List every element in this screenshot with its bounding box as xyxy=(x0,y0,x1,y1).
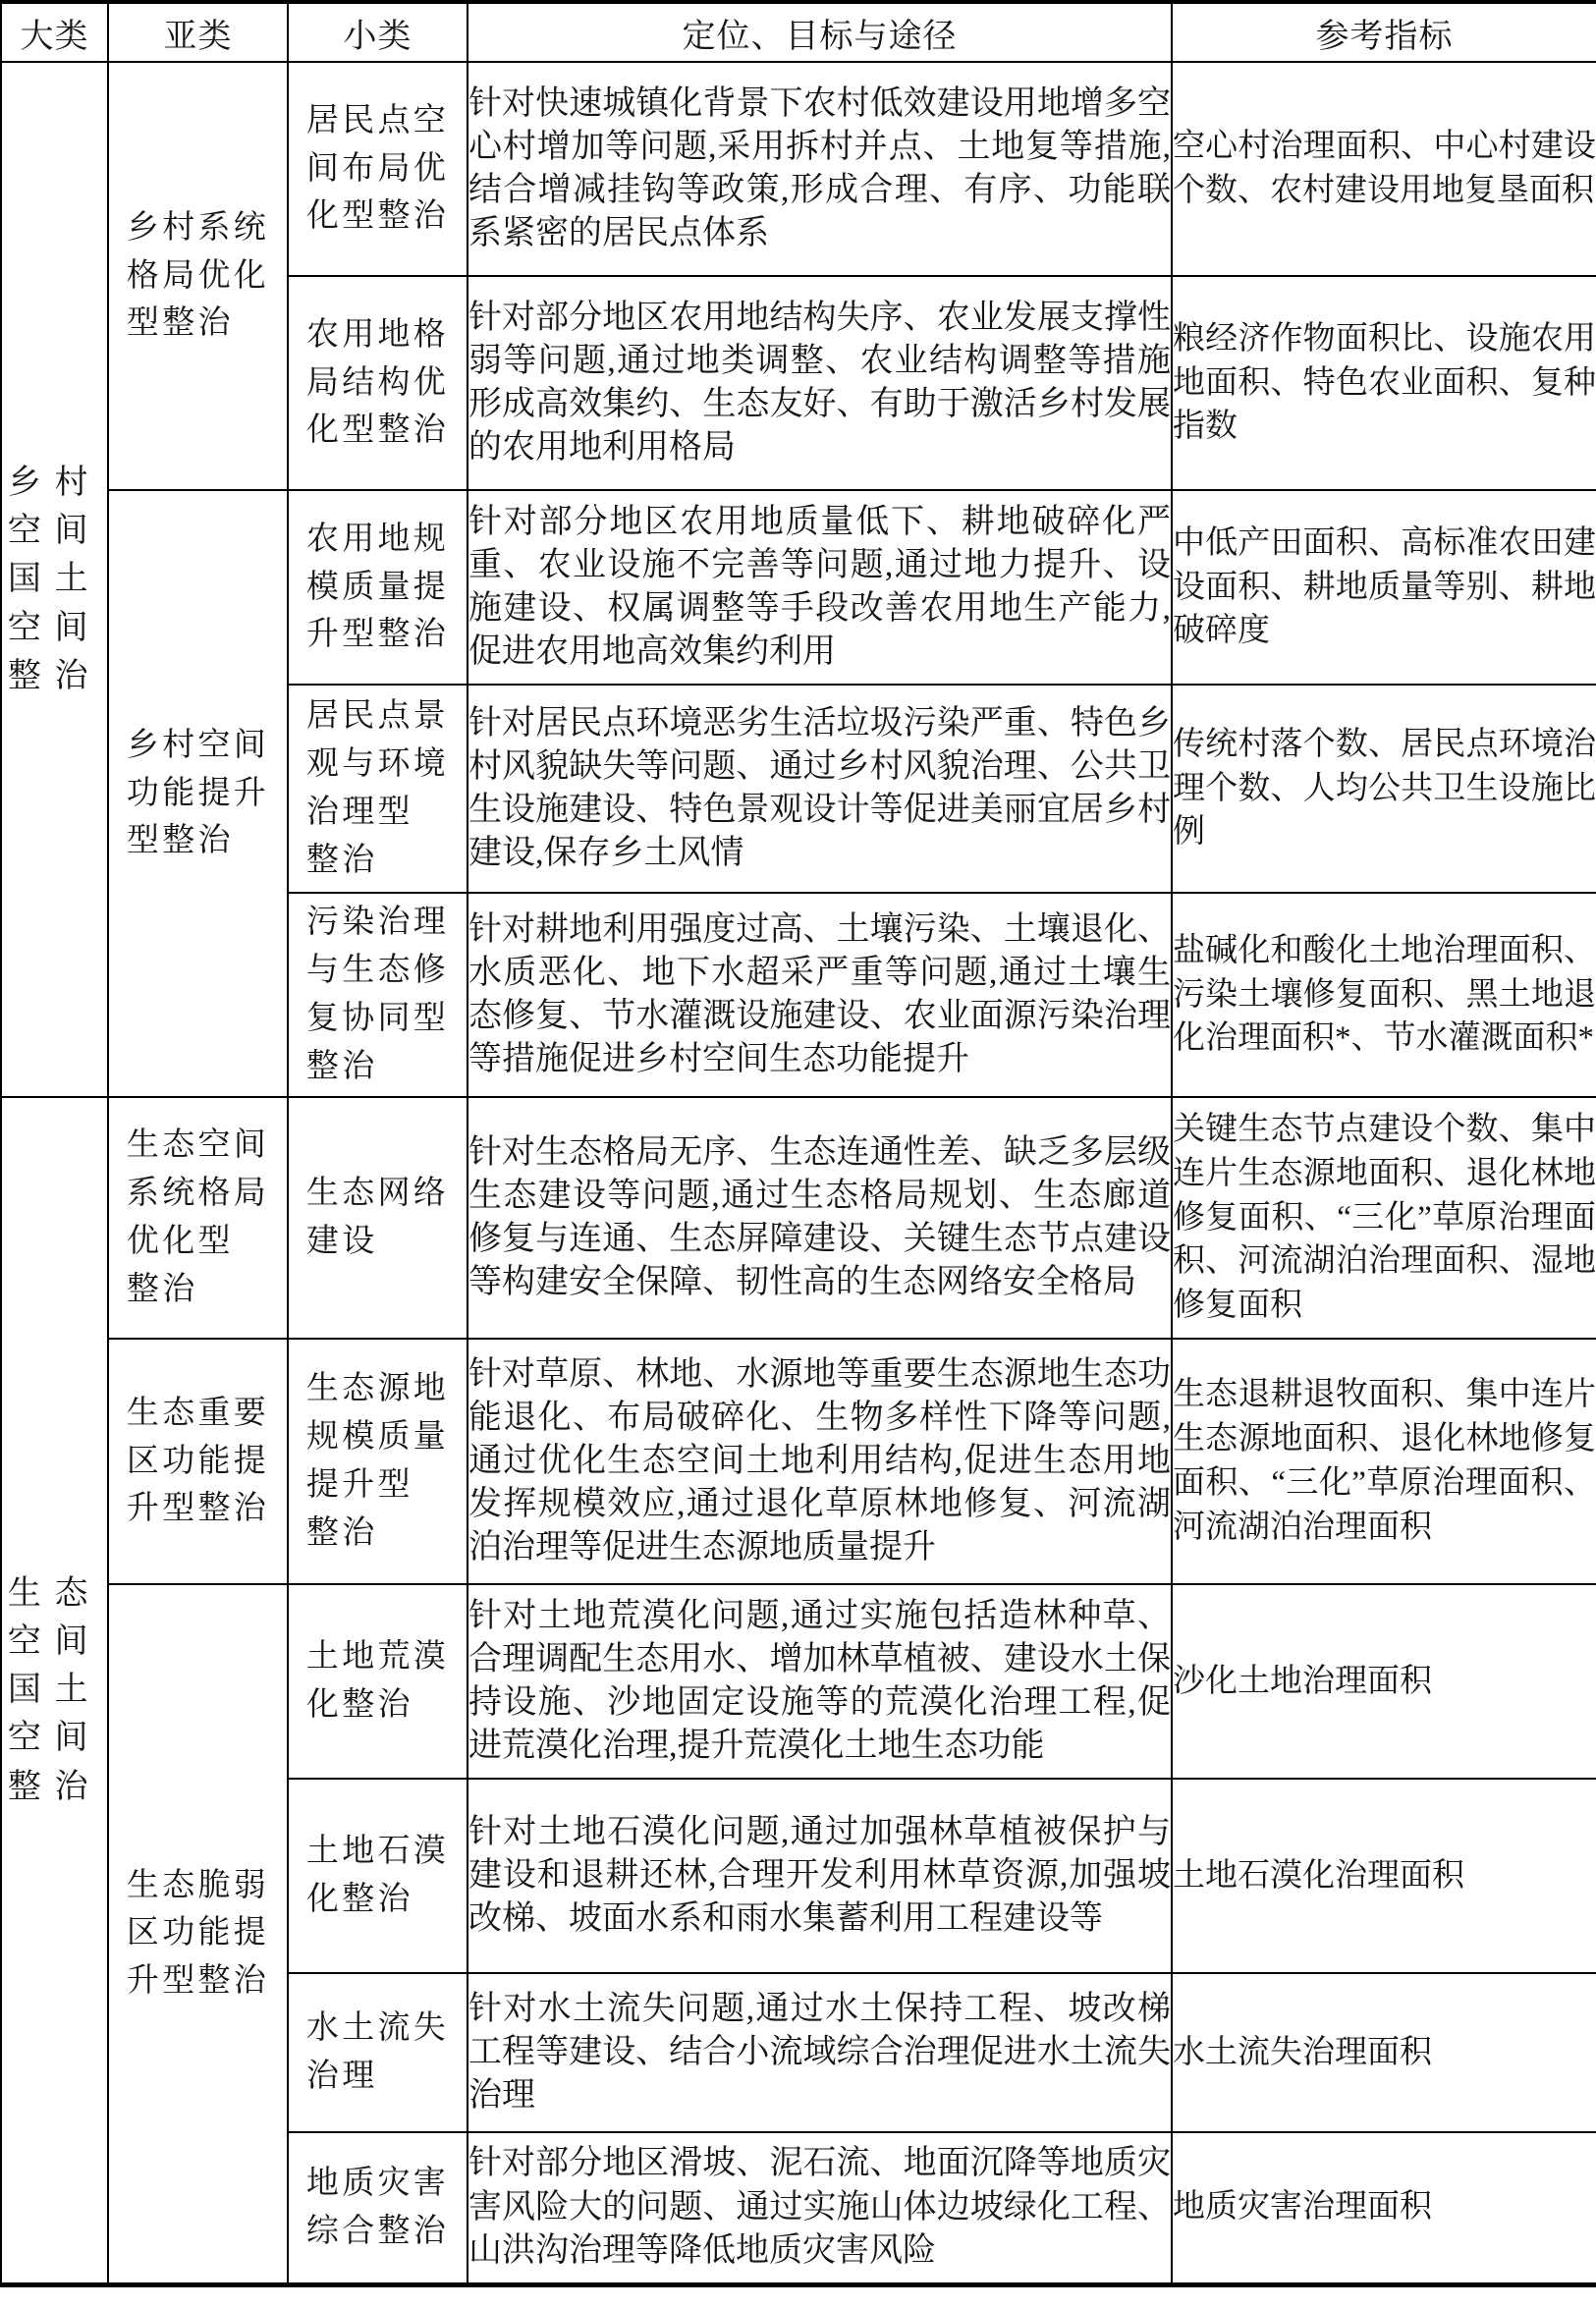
minor-cell-soil-erosion: 水土流失 治理 xyxy=(288,1973,468,2132)
header-row: 大类 亚类 小类 定位、目标与途径 参考指标 xyxy=(1,2,1596,62)
minor-cell-farmland-quality: 农用地规 模质量提 升型整治 xyxy=(288,490,468,685)
minor-cell-desertification: 土地荒漠 化整治 xyxy=(288,1584,468,1779)
minor-cell-farmland-pattern: 农用地格 局结构优 化型整治 xyxy=(288,276,468,490)
desc-cell: 针对部分地区滑坡、泥石流、地面沉降等地质灾害风险大的问题、通过实施山体边坡绿化工… xyxy=(468,2132,1172,2284)
indicator-cell: 土地石漠化治理面积 xyxy=(1172,1779,1596,1973)
sub-cell-eco-important-area: 生态重要 区功能提 升型整治 xyxy=(108,1339,288,1584)
minor-cell-settlement-layout: 居民点空 间布局优 化型整治 xyxy=(288,62,468,276)
column-header-indicator: 参考指标 xyxy=(1172,2,1596,62)
indicator-cell: 传统村落个数、居民点环境治理个数、人均公共卫生设施比例 xyxy=(1172,685,1596,893)
minor-label: 农用地规 模质量提 升型整治 xyxy=(306,516,449,659)
indicator-cell: 生态退耕退牧面积、集中连片生态源地面积、退化林地修复面积、“三化”草原治理面积、… xyxy=(1172,1339,1596,1584)
sub-cell-rural-function-upgrade: 乡村空间 功能提升 型整治 xyxy=(108,490,288,1097)
minor-cell-settlement-landscape: 居民点景 观与环境 治理型 整治 xyxy=(288,685,468,893)
indicator-cell: 空心村治理面积、中心村建设个数、农村建设用地复垦面积 xyxy=(1172,62,1596,276)
minor-cell-eco-network: 生态网络 建设 xyxy=(288,1097,468,1339)
column-header-minor: 小类 xyxy=(288,2,468,62)
indicator-cell: 地质灾害治理面积 xyxy=(1172,2132,1596,2284)
table-row: 生态 空间 国土 空间 整治 生态空间 系统格局 优化型 整治 生态网络 建设 … xyxy=(1,1097,1596,1339)
desc-cell: 针对生态格局无序、生态连通性差、缺乏多层级生态建设等问题,通过生态格局规划、生态… xyxy=(468,1097,1172,1339)
land-remediation-classification-table: 大类 亚类 小类 定位、目标与途径 参考指标 乡村 空间 国土 空间 整治 乡村… xyxy=(0,0,1596,2287)
major-label: 生态 空间 国土 空间 整治 xyxy=(8,1569,101,1811)
desc-cell: 针对居民点环境恶劣生活垃圾污染严重、特色乡村风貌缺失等问题、通过乡村风貌治理、公… xyxy=(468,685,1172,893)
indicator-cell: 沙化土地治理面积 xyxy=(1172,1584,1596,1779)
indicator-cell: 粮经济作物面积比、设施农用地面积、特色农业面积、复种指数 xyxy=(1172,276,1596,490)
minor-label: 生态源地 规模质量 提升型 整治 xyxy=(306,1365,449,1557)
column-header-major: 大类 xyxy=(1,2,108,62)
minor-cell-geological-hazard: 地质灾害 综合整治 xyxy=(288,2132,468,2284)
table-row: 乡村 空间 国土 空间 整治 乡村系统 格局优化 型整治 居民点空 间布局优 化… xyxy=(1,62,1596,276)
minor-label: 污染治理 与生态修 复协同型 整治 xyxy=(306,899,449,1090)
sub-cell-rural-system-pattern: 乡村系统 格局优化 型整治 xyxy=(108,62,288,490)
major-cell-rural-space: 乡村 空间 国土 空间 整治 xyxy=(1,62,108,1097)
sub-label: 乡村系统 格局优化 型整治 xyxy=(127,204,269,348)
sub-label: 生态空间 系统格局 优化型 整治 xyxy=(127,1122,269,1313)
table-row: 乡村空间 功能提升 型整治 农用地规 模质量提 升型整治 针对部分地区农用地质量… xyxy=(1,490,1596,685)
minor-label: 农用地格 局结构优 化型整治 xyxy=(306,311,449,455)
desc-cell: 针对土地石漠化问题,通过加强林草植被保护与建设和退耕还林,合理开发利用林草资源,… xyxy=(468,1779,1172,1973)
minor-cell-rocky-desertification: 土地石漠 化整治 xyxy=(288,1779,468,1973)
sub-cell-eco-system-pattern: 生态空间 系统格局 优化型 整治 xyxy=(108,1097,288,1339)
sub-label: 乡村空间 功能提升 型整治 xyxy=(127,722,269,865)
minor-label: 地质灾害 综合整治 xyxy=(306,2160,449,2256)
indicator-cell: 盐碱化和酸化土地治理面积、污染土壤修复面积、黑土地退化治理面积*、节水灌溉面积* xyxy=(1172,893,1596,1097)
major-cell-ecological-space: 生态 空间 国土 空间 整治 xyxy=(1,1097,108,2284)
indicator-cell: 中低产田面积、高标准农田建设面积、耕地质量等别、耕地破碎度 xyxy=(1172,490,1596,685)
desc-cell: 针对草原、林地、水源地等重要生态源地生态功能退化、布局破碎化、生物多样性下降等问… xyxy=(468,1339,1172,1584)
desc-cell: 针对快速城镇化背景下农村低效建设用地增多空心村增加等问题,采用拆村并点、土地复等… xyxy=(468,62,1172,276)
minor-label: 居民点空 间布局优 化型整治 xyxy=(306,97,449,241)
document-page: 大类 亚类 小类 定位、目标与途径 参考指标 乡村 空间 国土 空间 整治 乡村… xyxy=(0,0,1596,2308)
desc-cell: 针对部分地区农用地质量低下、耕地破碎化严重、农业设施不完善等问题,通过地力提升、… xyxy=(468,490,1172,685)
minor-cell-pollution-restoration: 污染治理 与生态修 复协同型 整治 xyxy=(288,893,468,1097)
minor-cell-eco-source-quality: 生态源地 规模质量 提升型 整治 xyxy=(288,1339,468,1584)
desc-cell: 针对耕地利用强度过高、土壤污染、土壤退化、水质恶化、地下水超采严重等问题,通过土… xyxy=(468,893,1172,1097)
minor-label: 水土流失 治理 xyxy=(306,2005,449,2101)
indicator-cell: 关键生态节点建设个数、集中连片生态源地面积、退化林地修复面积、“三化”草原治理面… xyxy=(1172,1097,1596,1339)
sub-label: 生态重要 区功能提 升型整治 xyxy=(127,1390,269,1533)
column-header-desc: 定位、目标与途径 xyxy=(468,2,1172,62)
desc-cell: 针对水土流失问题,通过水土保持工程、坡改梯工程等建设、结合小流域综合治理促进水土… xyxy=(468,1973,1172,2132)
minor-label: 居民点景 观与环境 治理型 整治 xyxy=(306,692,449,884)
table-row: 生态重要 区功能提 升型整治 生态源地 规模质量 提升型 整治 针对草原、林地、… xyxy=(1,1339,1596,1584)
indicator-cell: 水土流失治理面积 xyxy=(1172,1973,1596,2132)
minor-label: 土地石漠 化整治 xyxy=(306,1828,449,1924)
sub-cell-eco-fragile-area: 生态脆弱 区功能提 升型整治 xyxy=(108,1584,288,2284)
table-row: 生态脆弱 区功能提 升型整治 土地荒漠 化整治 针对土地荒漠化问题,通过实施包括… xyxy=(1,1584,1596,1779)
major-label: 乡村 空间 国土 空间 整治 xyxy=(8,459,101,700)
desc-cell: 针对部分地区农用地结构失序、农业发展支撑性弱等问题,通过地类调整、农业结构调整等… xyxy=(468,276,1172,490)
sub-label: 生态脆弱 区功能提 升型整治 xyxy=(127,1862,269,2006)
minor-label: 生态网络 建设 xyxy=(306,1170,449,1266)
column-header-sub: 亚类 xyxy=(108,2,288,62)
desc-cell: 针对土地荒漠化问题,通过实施包括造林种草、合理调配生态用水、增加林草植被、建设水… xyxy=(468,1584,1172,1779)
minor-label: 土地荒漠 化整治 xyxy=(306,1633,449,1730)
